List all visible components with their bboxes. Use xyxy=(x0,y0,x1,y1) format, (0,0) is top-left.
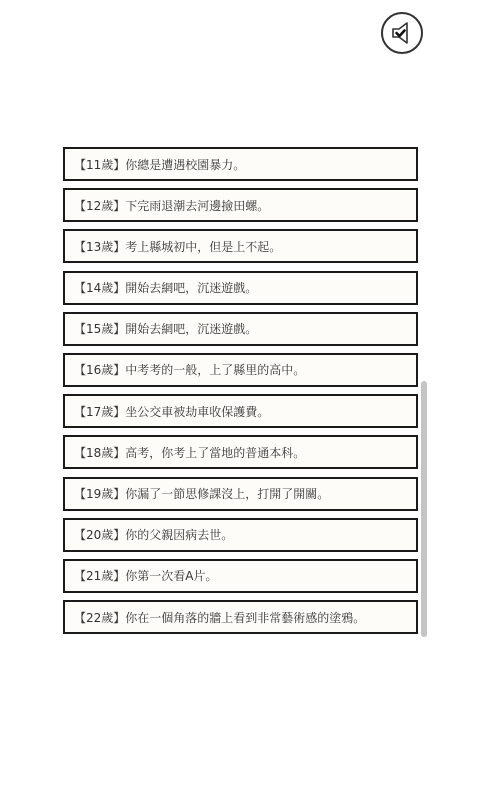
event-age: 【13歲】 xyxy=(74,238,125,255)
event-age: 【16歲】 xyxy=(74,361,125,378)
event-age: 【21歲】 xyxy=(74,567,125,584)
event-row: 【11歲】你總是遭遇校園暴力。 xyxy=(63,147,418,181)
event-row: 【17歲】坐公交車被劫車收保護費。 xyxy=(63,394,418,428)
event-text: 你總是遭遇校園暴力。 xyxy=(125,156,245,173)
event-text: 開始去網吧，沉迷遊戲。 xyxy=(125,279,257,296)
event-text: 開始去網吧，沉迷遊戲。 xyxy=(125,320,257,337)
event-row: 【21歲】你第一次看A片。 xyxy=(63,559,418,593)
event-row: 【13歲】考上縣城初中，但是上不起。 xyxy=(63,229,418,263)
event-text: 下完雨退潮去河邊撿田螺。 xyxy=(125,197,269,214)
event-age: 【11歲】 xyxy=(74,156,125,173)
event-row: 【19歲】你漏了一節思修課沒上，打開了開關。 xyxy=(63,477,418,511)
event-row: 【14歲】開始去網吧，沉迷遊戲。 xyxy=(63,271,418,305)
event-text: 中考考的一般，上了縣里的高中。 xyxy=(125,361,305,378)
event-text: 考上縣城初中，但是上不起。 xyxy=(125,238,281,255)
event-text: 你第一次看A片。 xyxy=(125,567,217,584)
event-age: 【15歲】 xyxy=(74,320,125,337)
event-age: 【17歲】 xyxy=(74,403,125,420)
event-age: 【14歲】 xyxy=(74,279,125,296)
event-row: 【15歲】開始去網吧，沉迷遊戲。 xyxy=(63,312,418,346)
event-row: 【22歲】你在一個角落的牆上看到非常藝術感的塗鴉。 xyxy=(63,600,418,634)
event-row: 【12歲】下完雨退潮去河邊撿田螺。 xyxy=(63,188,418,222)
sound-toggle-button[interactable] xyxy=(381,12,423,54)
event-text: 高考，你考上了當地的普通本科。 xyxy=(125,444,305,461)
event-age: 【12歲】 xyxy=(74,197,125,214)
event-text: 你在一個角落的牆上看到非常藝術感的塗鴉。 xyxy=(125,609,365,626)
event-age: 【20歲】 xyxy=(74,526,125,543)
event-age: 【22歲】 xyxy=(74,609,125,626)
event-row: 【18歲】高考，你考上了當地的普通本科。 xyxy=(63,435,418,469)
event-age: 【19歲】 xyxy=(74,485,125,502)
event-age: 【18歲】 xyxy=(74,444,125,461)
event-text: 坐公交車被劫車收保護費。 xyxy=(125,403,269,420)
event-row: 【16歲】中考考的一般，上了縣里的高中。 xyxy=(63,353,418,387)
list-scrollbar[interactable] xyxy=(421,381,427,637)
speaker-icon xyxy=(387,18,417,48)
event-row: 【20歲】你的父親因病去世。 xyxy=(63,518,418,552)
life-events-list[interactable]: 【11歲】你總是遭遇校園暴力。 【12歲】下完雨退潮去河邊撿田螺。 【13歲】考… xyxy=(63,147,418,641)
event-text: 你漏了一節思修課沒上，打開了開關。 xyxy=(125,485,329,502)
event-text: 你的父親因病去世。 xyxy=(125,526,233,543)
